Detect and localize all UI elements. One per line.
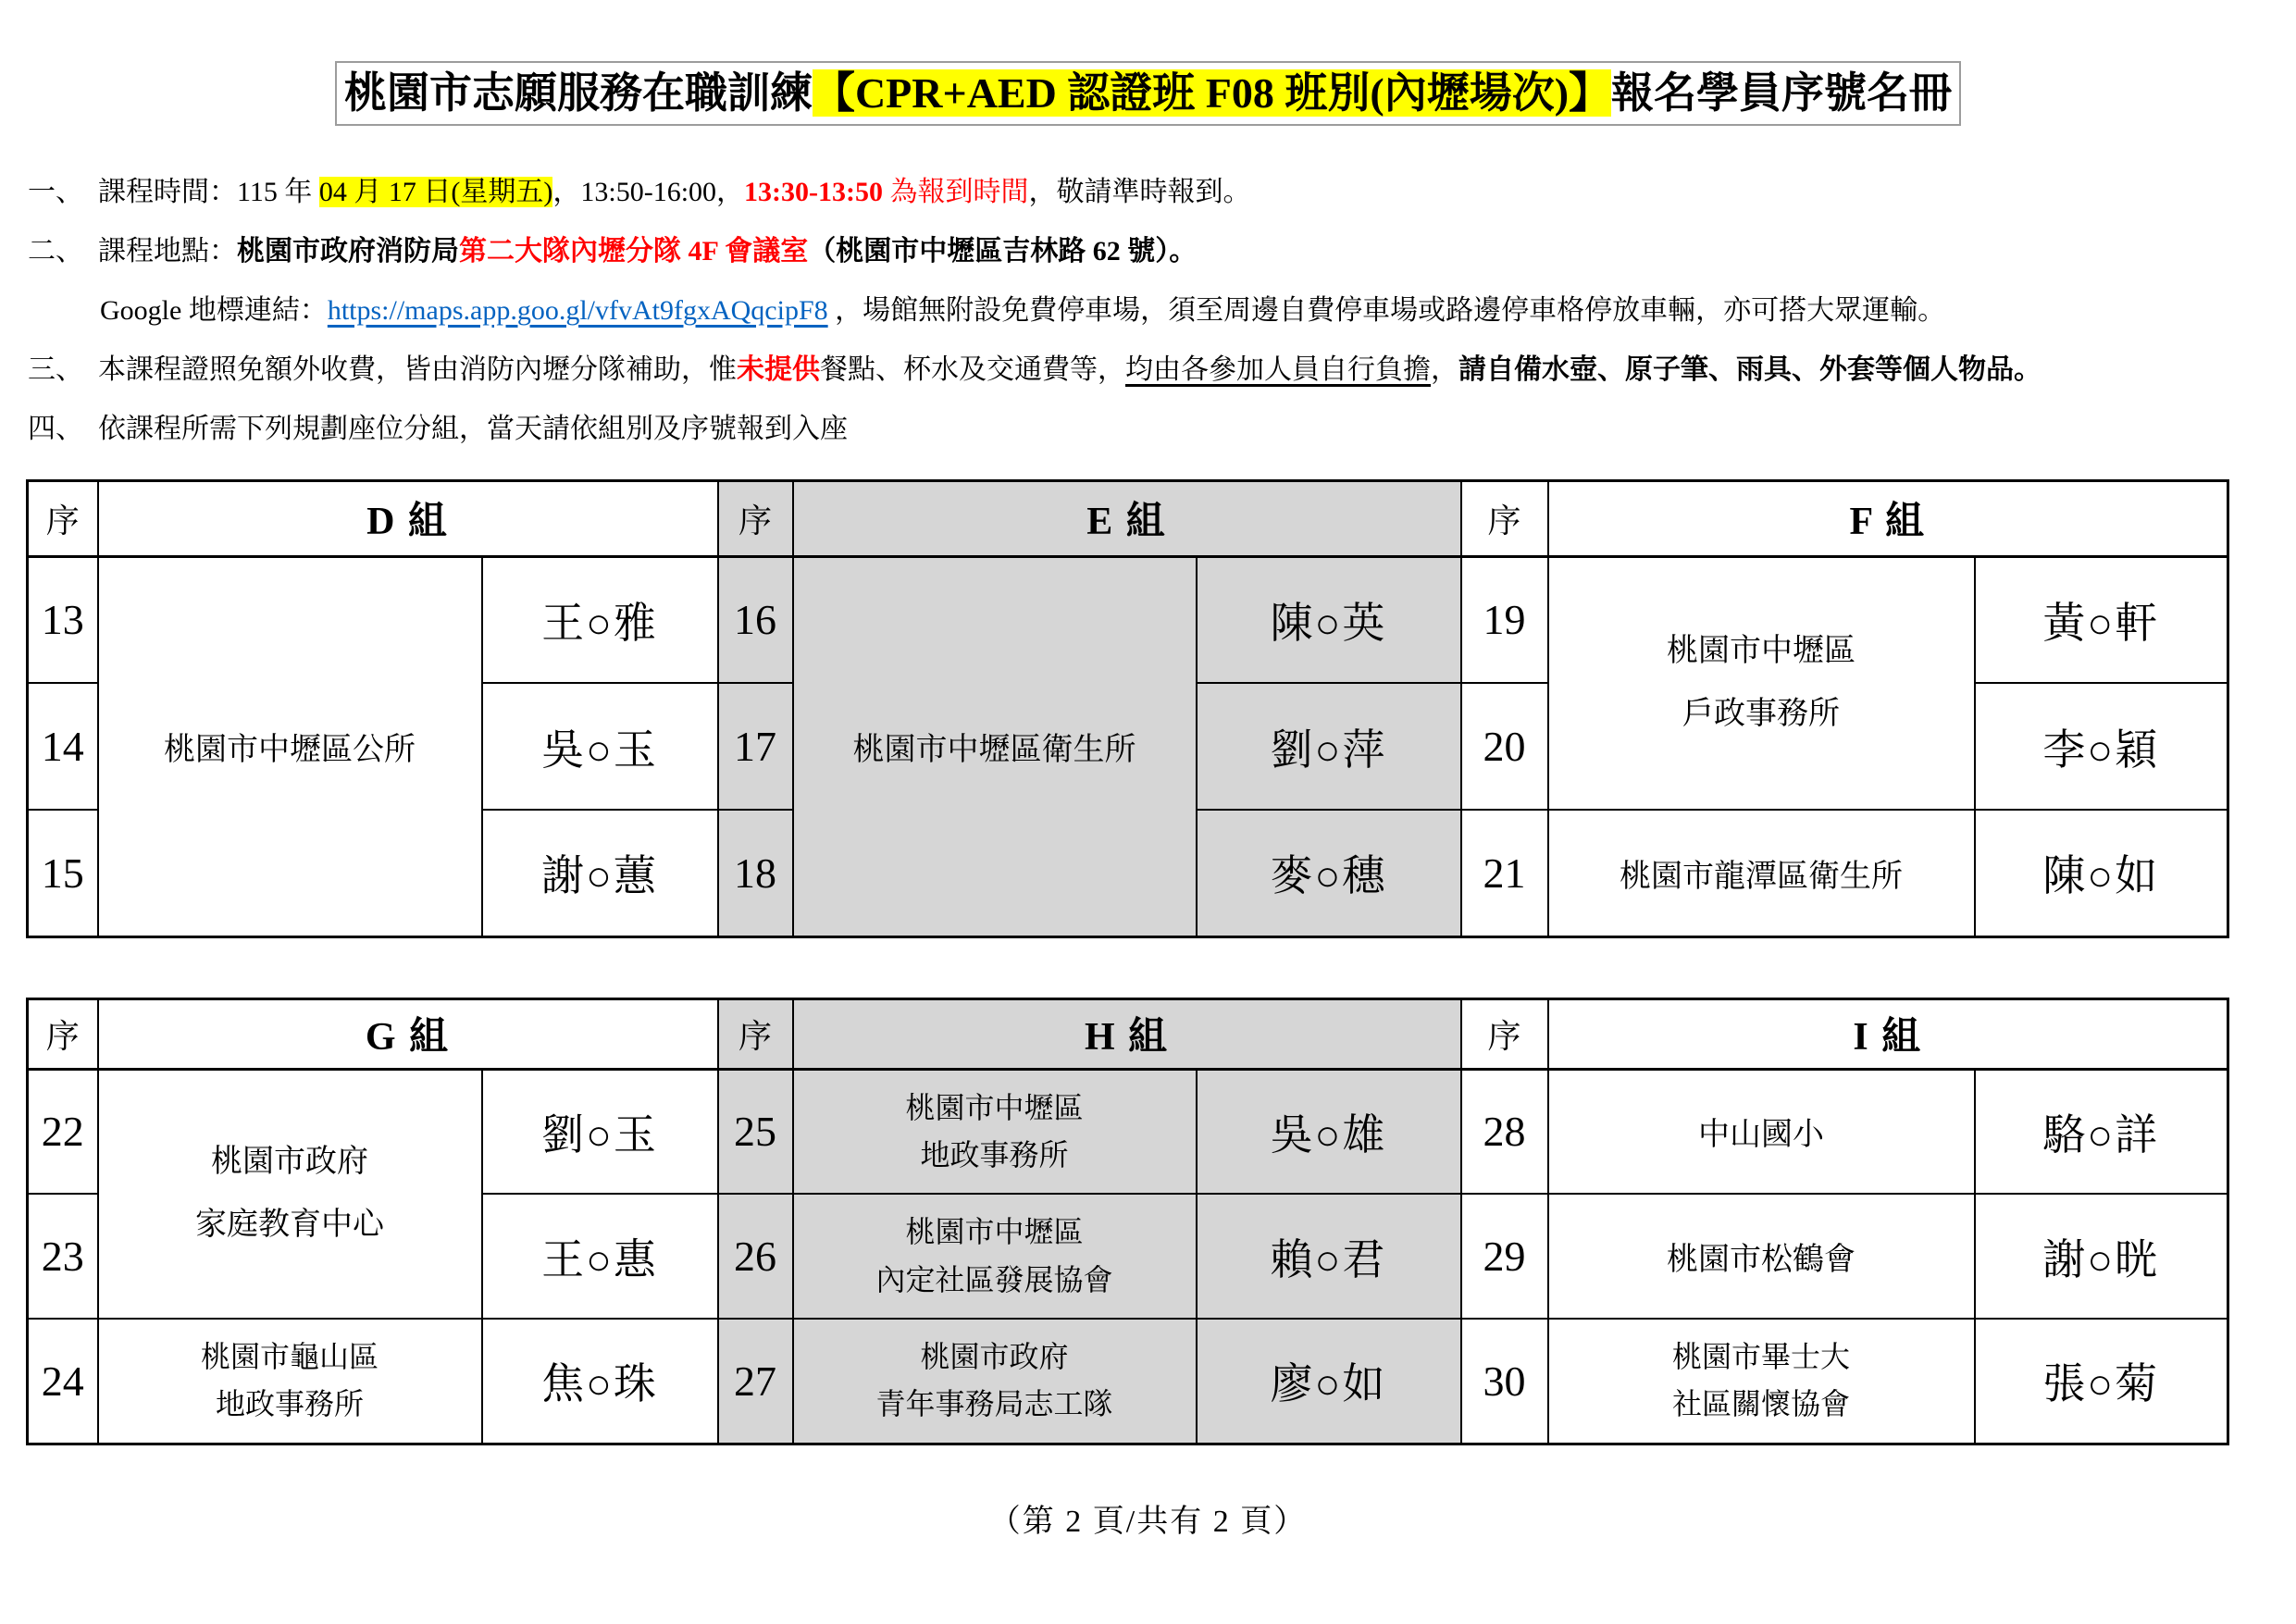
note-course-time: 一、課程時間：115 年 04 月 17 日(星期五)，13:50-16:00，…	[28, 163, 2296, 222]
title-highlighted-course: 【CPR+AED 認證班 F08 班別(內壢場次)】	[813, 69, 1611, 117]
seq-header-e: 序	[718, 480, 793, 556]
org-cell-h3: 桃園市政府 青年事務局志工隊	[793, 1319, 1197, 1444]
seq-header-h: 序	[718, 998, 793, 1069]
seq-cell: 28	[1461, 1069, 1548, 1194]
note-course-location: 二、課程地點：桃園市政府消防局第二大隊內壢分隊 4F 會議室（桃園市中壢區吉林路…	[28, 222, 2296, 281]
org-line: 地政事務所	[99, 1381, 481, 1428]
org-cell-f1: 桃園市中壢區 戶政事務所	[1548, 556, 1975, 810]
note1-date-highlight: 04 月 17 日(星期五)	[319, 177, 552, 207]
group-header-d: D 組	[98, 480, 718, 556]
seq-cell: 27	[718, 1319, 793, 1444]
title-prefix: 桃園市志願服務在職訓練	[344, 69, 813, 117]
org-cell-i3: 桃園市畢士大 社區關懷協會	[1548, 1319, 1975, 1444]
note3-label: 三、	[28, 354, 83, 385]
note1-text2: ，13:50-16:00，	[552, 177, 744, 207]
org-line: 地政事務所	[794, 1132, 1196, 1179]
seq-cell: 13	[28, 556, 98, 683]
note2-bureau: 桃園市政府消防局	[237, 236, 459, 267]
group-header-g: G 組	[98, 998, 718, 1069]
seq-cell: 29	[1461, 1194, 1548, 1319]
name-cell: 王○雅	[482, 556, 718, 683]
group-header-e: E 組	[793, 480, 1461, 556]
name-cell: 陳○如	[1975, 810, 2228, 936]
seq-header-f: 序	[1461, 480, 1548, 556]
name-cell: 黃○軒	[1975, 556, 2228, 683]
seq-header-g: 序	[28, 998, 98, 1069]
name-cell: 焦○珠	[482, 1319, 718, 1444]
seq-cell: 30	[1461, 1319, 1548, 1444]
seq-cell: 23	[28, 1194, 98, 1319]
note3-text2: 餐點、杯水及交通費等，	[820, 354, 1125, 385]
google-maps-link[interactable]: https://maps.app.goo.gl/vfvAt9fgxAQqcipF…	[328, 295, 828, 326]
seq-cell: 25	[718, 1069, 793, 1194]
seq-cell: 19	[1461, 556, 1548, 683]
note2-text: 課程地點：	[98, 236, 237, 267]
roster-table-ghi: 序 G 組 序 H 組 序 I 組 22 桃園市政府 家庭教育中心 劉○玉 25…	[26, 998, 2229, 1445]
note-seating: 四、依課程所需下列規劃座位分組，當天請依組別及序號報到入座	[28, 400, 2296, 459]
name-cell: 吳○雄	[1197, 1069, 1461, 1194]
page-title: 桃園市志願服務在職訓練【CPR+AED 認證班 F08 班別(內壢場次)】報名學…	[335, 61, 1961, 126]
seq-cell: 15	[28, 810, 98, 936]
org-cell-e: 桃園市中壢區衛生所	[793, 556, 1197, 936]
group-header-i: I 組	[1548, 998, 2228, 1069]
seq-cell: 24	[28, 1319, 98, 1444]
name-cell: 張○菊	[1975, 1319, 2228, 1444]
name-cell: 廖○如	[1197, 1319, 1461, 1444]
org-cell-h1: 桃園市中壢區 地政事務所	[793, 1069, 1197, 1194]
map-link-label: Google 地標連結：	[100, 295, 328, 326]
note3-self-pay: 均由各參加人員自行負擔	[1125, 354, 1431, 385]
seq-cell: 22	[28, 1069, 98, 1194]
org-cell-f2: 桃園市龍潭區衛生所	[1548, 810, 1975, 936]
document-page: 桃園市志願服務在職訓練【CPR+AED 認證班 F08 班別(內壢場次)】報名學…	[0, 0, 2296, 1624]
title-suffix: 報名學員序號名冊	[1611, 69, 1952, 117]
note3-text: 本課程證照免額外收費，皆由消防內壢分隊補助，惟	[98, 354, 737, 385]
note3-not-provided: 未提供	[737, 354, 820, 385]
note2-address: （桃園市中壢區吉林路 62 號）。	[808, 236, 1197, 267]
note1-label: 一、	[28, 177, 83, 207]
roster-table-def: 序 D 組 序 E 組 序 F 組 13 桃園市中壢區公所 王○雅 16 桃園市…	[26, 479, 2229, 938]
note2-label: 二、	[28, 236, 83, 267]
name-cell: 麥○穗	[1197, 810, 1461, 936]
org-cell-g2: 桃園市龜山區 地政事務所	[98, 1319, 482, 1444]
seq-cell: 26	[718, 1194, 793, 1319]
note4-text: 依課程所需下列規劃座位分組，當天請依組別及序號報到入座	[98, 414, 848, 444]
seq-cell: 21	[1461, 810, 1548, 936]
note1-text: 課程時間：115 年	[98, 177, 319, 207]
note4-label: 四、	[28, 414, 83, 444]
org-cell-d: 桃園市中壢區公所	[98, 556, 482, 936]
seq-header-i: 序	[1461, 998, 1548, 1069]
name-cell: 劉○玉	[482, 1069, 718, 1194]
page-number-footer: （第 2 頁/共有 2 頁）	[0, 1495, 2296, 1541]
org-cell-g1: 桃園市政府 家庭教育中心	[98, 1069, 482, 1319]
notes-section: 一、課程時間：115 年 04 月 17 日(星期五)，13:50-16:00，…	[28, 163, 2296, 459]
seq-header-d: 序	[28, 480, 98, 556]
org-line: 桃園市中壢區	[794, 1209, 1196, 1256]
org-cell-i2: 桃園市松鶴會	[1548, 1194, 1975, 1319]
note3-bring-items: 請自備水壺、原子筆、雨具、外套等個人物品。	[1458, 354, 2042, 385]
name-cell: 賴○君	[1197, 1194, 1461, 1319]
seq-cell: 14	[28, 683, 98, 810]
org-cell-i1: 中山國小	[1548, 1069, 1975, 1194]
note1-text3: ，敬請準時報到。	[1029, 177, 1251, 207]
name-cell: 駱○詳	[1975, 1069, 2228, 1194]
org-line: 桃園市中壢區	[794, 1085, 1196, 1132]
org-cell-h2: 桃園市中壢區 內定社區發展協會	[793, 1194, 1197, 1319]
org-line: 戶政事務所	[1549, 683, 1974, 746]
name-cell: 劉○萍	[1197, 683, 1461, 810]
org-line: 桃園市龜山區	[99, 1333, 481, 1381]
note-map-link-line: Google 地標連結：https://maps.app.goo.gl/vfvA…	[28, 281, 2296, 341]
seq-cell: 17	[718, 683, 793, 810]
org-line: 內定社區發展協會	[794, 1257, 1196, 1304]
seq-cell: 20	[1461, 683, 1548, 810]
name-cell: 王○惠	[482, 1194, 718, 1319]
parking-info-text: ，場館無附設免費停車場，須至周邊自費停車場或路邊停車格停放車輛，亦可搭大眾運輸。	[828, 295, 1946, 326]
org-line: 桃園市政府	[99, 1131, 481, 1194]
note1-checkin-label: 為報到時間	[883, 177, 1029, 207]
org-line: 青年事務局志工隊	[794, 1381, 1196, 1428]
org-line: 桃園市政府	[794, 1333, 1196, 1381]
note1-checkin-time: 13:30-13:50	[744, 177, 883, 207]
name-cell: 謝○晄	[1975, 1194, 2228, 1319]
name-cell: 謝○蕙	[482, 810, 718, 936]
name-cell: 吳○玉	[482, 683, 718, 810]
seq-cell: 18	[718, 810, 793, 936]
org-line: 家庭教育中心	[99, 1194, 481, 1257]
org-line: 桃園市畢士大	[1549, 1333, 1974, 1381]
org-line: 社區關懷協會	[1549, 1381, 1974, 1428]
note2-venue: 第二大隊內壢分隊 4F 會議室	[459, 236, 808, 267]
seq-cell: 16	[718, 556, 793, 683]
name-cell: 李○穎	[1975, 683, 2228, 810]
name-cell: 陳○英	[1197, 556, 1461, 683]
group-header-f: F 組	[1548, 480, 2228, 556]
group-header-h: H 組	[793, 998, 1461, 1069]
note-fees: 三、本課程證照免額外收費，皆由消防內壢分隊補助，惟未提供餐點、杯水及交通費等，均…	[28, 341, 2296, 400]
org-line: 桃園市中壢區	[1549, 620, 1974, 683]
note3-comma: ，	[1431, 354, 1458, 385]
